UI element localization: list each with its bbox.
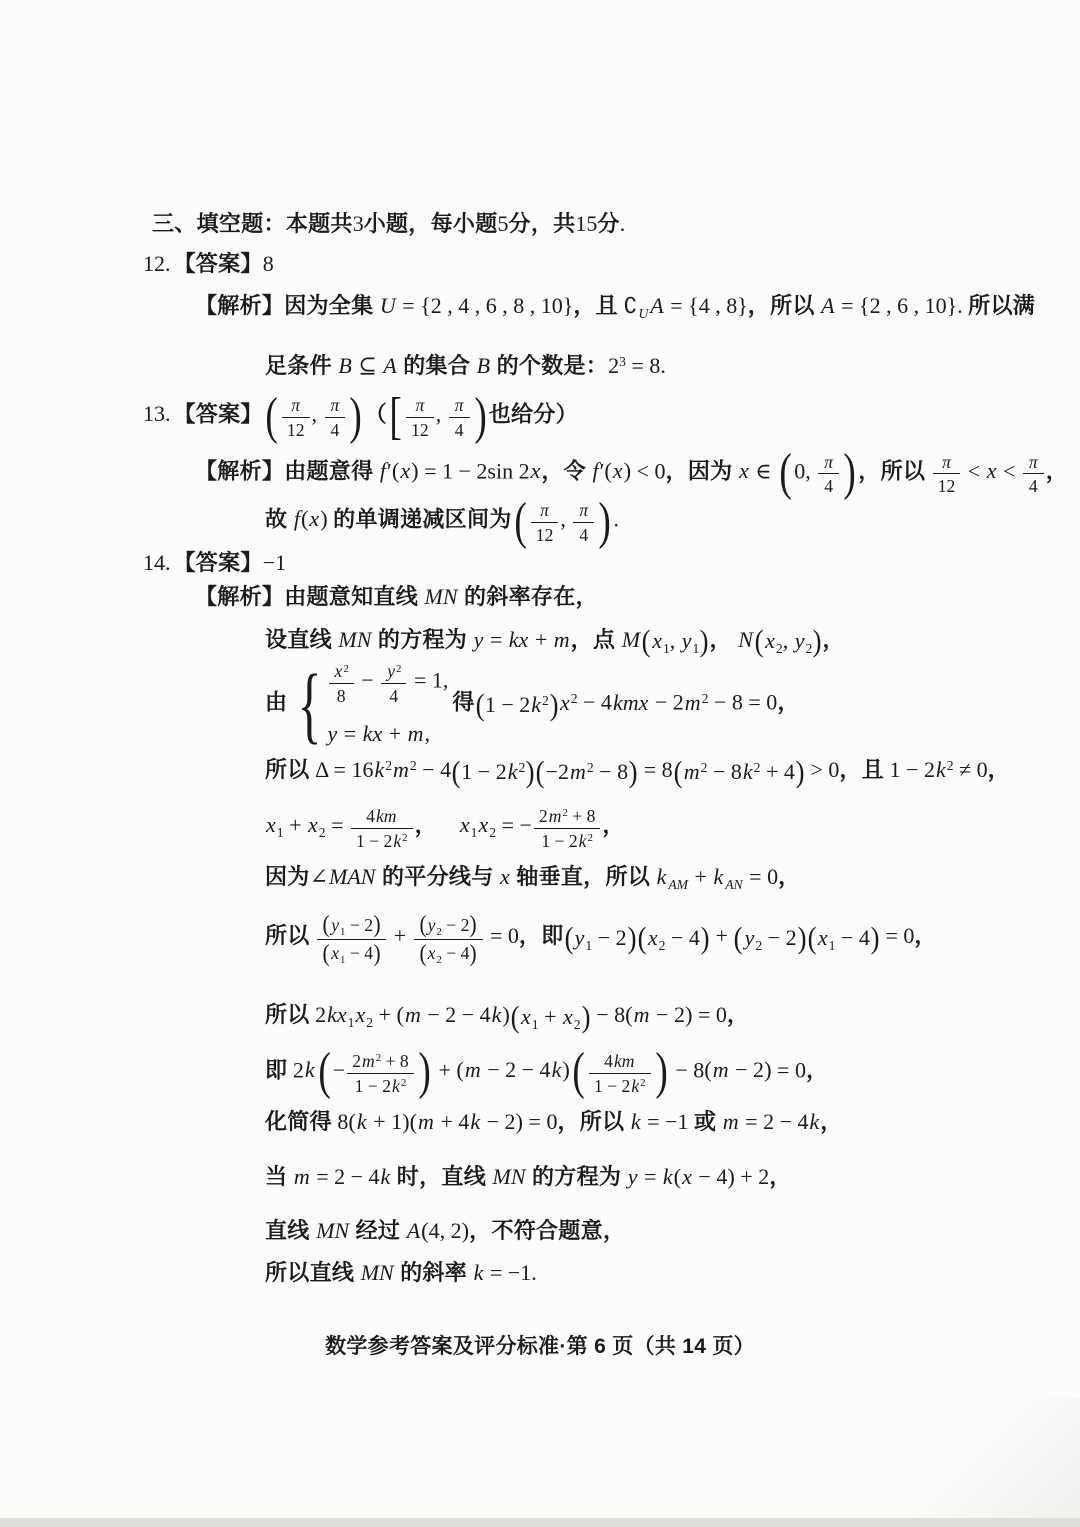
text-run: = 2 − 4 [311,1164,380,1189]
numerator: π [818,449,839,475]
text-run: −1 [263,550,286,575]
text-run: ⊆ [353,353,382,378]
text-run: − 2 − 4 [422,1002,491,1027]
open-bracket: ( [323,942,330,966]
text-run: − [333,1057,345,1082]
bracket-content: m − 2 [633,998,685,1032]
text-run: 2 [319,825,326,840]
math-var: k [656,864,668,889]
q14-analysis-1: 【解析】由题意知直线 MN 的斜率存在， [195,580,1080,614]
close-bracket: ) [795,757,804,787]
denominator: 1 − 2k2 [534,829,601,852]
math-var: kx [362,721,384,746]
math-var: y [386,661,396,681]
math-var: x [681,1164,693,1189]
math-var: x [459,812,471,837]
numerator: π [933,449,961,475]
math-var: M [621,627,641,652]
superscript: 2 [701,760,708,775]
math-var: x [764,628,776,653]
text-run-cn: 时，直线 [397,1164,486,1189]
text-run-cn: 的集合 [403,353,470,378]
text-run-cn: ， [602,812,624,837]
bracket-group: (x) [604,458,631,483]
math-var: π [941,452,952,472]
text-run: = 0 [523,1109,557,1134]
bracket-group: (m + 4k − 2) [410,1109,523,1134]
superscript: 2 [376,1052,381,1064]
bracket-content: x [612,454,624,488]
close-bracket: ) [526,757,535,787]
text-run: 1 − 2 [485,692,530,717]
text-run: ∁ [623,293,637,318]
bracket-content: x − 4 [681,1160,727,1194]
subscript: 1 [471,825,478,840]
page-footer: 数学参考答案及评分标准·第 6 页（共 14 页） [0,1330,1080,1360]
text-run: Δ = 16 [310,757,374,782]
subscript: AM [667,877,689,892]
math-var: x [354,1002,366,1027]
q14-step-reject: 直线 MN 经过 A(4, 2)，不符合题意， [265,1214,1080,1248]
math-var: k [578,831,588,851]
bracket-group: (y2 − 2) [419,913,478,937]
text-run: ∠ [310,864,328,889]
item-label: 【解析】 [195,458,284,483]
math-var: m [684,690,702,715]
bracket-group: (x2, y2) [754,624,822,658]
text-run: = 0 [772,1057,806,1082]
denominator: 12 [406,418,434,441]
text-run: = {2 , 4 , 6 , 8 , 10} [397,293,574,318]
text-run: 3 [353,211,364,236]
text-run: 4 [331,420,340,440]
math-var: k [380,1164,392,1189]
subscript: U [637,306,649,321]
q14-step-vieta: x1 + x2 = 4km1 − 2k2， x1x2 = −2m2 + 81 −… [265,803,1080,852]
bracket-content: y1 − 2 [574,921,627,955]
text-run: − 2 [481,1109,515,1134]
text-run: − 2 [762,925,796,950]
text-run: − 4 [442,943,470,963]
text-run: + [689,864,712,889]
text-run: 2 [539,806,548,826]
superscript: 2 [571,691,578,706]
text-run-cn: 由题意得 [284,458,373,483]
math-var: x [399,458,411,483]
text-run: 2 [659,938,666,953]
math-var: km [613,1051,636,1071]
text-run: 2 [947,758,954,773]
math-var: x [427,943,437,963]
math-var: f [591,458,599,483]
text-run: + [373,1002,396,1027]
math-var: x [334,661,344,681]
text-run: 4 [455,420,464,440]
subscript: 2 [805,641,812,656]
q14-step-simplify: 化简得 8(k + 1)(m + 4k − 2) = 0，所以 k = −1 或… [265,1105,1080,1139]
math-var: k [742,759,754,784]
bracket-content: 4, 2 [429,1214,462,1248]
close-bracket: ) [373,913,380,937]
open-bracket: ( [419,942,426,966]
close-bracket: ) [701,923,710,953]
text-run [354,1260,360,1285]
text-run [287,506,293,531]
math-var: π [539,500,550,520]
text-run: 1 [693,641,700,656]
subscript: AN [724,877,743,892]
text-run: − 8 [594,759,628,784]
text-run-cn: 化简得 [265,1109,332,1134]
text-run-cn: 的斜率存在， [464,584,598,609]
open-bracket: [ [389,396,401,437]
item-label: 【答案】 [174,401,263,426]
bracket-content: x1, y1 [651,624,699,658]
math-var: x [308,506,320,531]
text-run: = [638,1164,661,1189]
subscript: 2 [659,938,666,953]
open-bracket: ( [642,626,651,656]
close-bracket: ) [470,913,477,937]
bracket-content: m − 2 − 4k [404,998,502,1032]
math-var: y [330,915,340,935]
text-run: 2 [436,926,441,938]
text-run: 2 [518,760,525,775]
item-number: 13. [143,401,171,426]
text-run: > 0 [805,757,839,782]
math-var: m [712,1057,730,1082]
text-run-cn: 足条件 [265,353,332,378]
text-run: 2 [587,760,594,775]
text-run: − 2 − 4 [482,1057,551,1082]
text-run-cn: ， [777,690,799,715]
bracket-group: [π12, π4) [387,392,489,441]
text-run [467,627,473,652]
text-run: 1 [340,954,345,966]
subscript: 2 [436,926,441,938]
superscript: 2 [402,832,407,844]
math-var: y [473,627,485,652]
bracket-group: (y2 − 2) [733,921,806,955]
text-run-cn: 即 [265,1057,287,1082]
subscript: 1 [277,825,284,840]
bracket-group: (x2 − 4) [637,921,710,955]
text-run-cn: ， [806,1057,828,1082]
math-var: N [737,627,754,652]
item-number: 12. [143,251,171,276]
close-bracket: ) [373,942,380,966]
q14-step-system: 由{x28 − y24 = 1,y = kx + m,得(1 − 2k2)x2 … [265,658,1080,751]
math-var: MN [315,1218,350,1243]
subscript: 2 [436,954,441,966]
text-run: 2 [436,954,441,966]
fraction: π12 [933,449,961,498]
text-run: = 2 − 4 [740,1109,809,1134]
text-run: = [326,812,349,837]
bracket-content: y2 − 2 [427,915,470,936]
text-run: 8 [337,686,346,706]
subscript: 2 [776,641,783,656]
math-var: x [265,812,277,837]
numerator: π [449,392,470,418]
bracket-content: 1 − 2k2 [485,688,549,722]
denominator: 4 [449,418,470,441]
bracket-group: (m2 − 8k2 + 4) [673,755,805,789]
text-run [310,923,316,948]
text-run: − [356,668,379,693]
text-run: 5 [498,211,509,236]
math-var: π [578,500,589,520]
text-run: 1 [340,926,345,938]
text-run: , [670,628,681,653]
text-run: 2 [754,760,761,775]
text-run: 2 [310,1002,327,1027]
text-run: = 8. [626,353,666,378]
denominator: 1 − 2k2 [347,1074,414,1097]
text-run: 1 − 2 [594,1076,630,1096]
text-run-cn: ，所以 [748,293,815,318]
text-run: + [388,923,411,948]
bracket-group: (y1 − 2) [322,913,381,937]
denominator: 4 [818,474,839,497]
text-run: − 2 [730,1057,764,1082]
text-run-cn: 所以满 [968,293,1035,318]
text-run: , [425,721,431,746]
bracket-content: x2, y2 [764,624,812,658]
open-bracket: ( [323,913,330,937]
fraction: π4 [1023,449,1044,498]
text-run: 12 [938,476,956,496]
open-bracket: ( [452,757,461,787]
math-var: U [637,306,649,321]
text-run: − 4 [578,690,612,715]
superscript: 2 [396,663,401,675]
text-run: 1 [585,938,592,953]
math-var: m [683,759,701,784]
subscript: 1 [663,641,670,656]
text-run: 1 − 2 [355,1076,391,1096]
open-bracket: ( [673,757,682,787]
math-var: B [476,353,491,378]
close-bracket: ) [629,757,638,787]
text-run: . [613,506,619,531]
text-run: 2 [587,832,592,844]
bracket-content: x1 + x2 [520,1000,581,1034]
text-run: = [484,627,507,652]
text-run-cn: ，且 [573,293,618,318]
text-run: = −1. [484,1260,536,1285]
math-var: π [823,452,834,472]
bracket-group: (π12, π4) [512,497,614,546]
open-bracket: ( [396,1002,403,1027]
bracket-content: 1 − 2k2 [461,755,525,789]
math-var: k [507,759,519,784]
bracket-group: (m − 2) [704,1057,771,1082]
text-run: + [284,812,307,837]
text-run: 2 [402,832,407,844]
bracket-group: (m − 2 − 4k) [396,1002,509,1027]
text-run: 2 [287,1057,304,1082]
subscript: 1 [532,1017,539,1032]
open-bracket: ( [421,1218,428,1243]
fraction: π12 [406,392,434,441]
superscript: 2 [702,691,709,706]
open-bracket: ( [475,690,484,720]
bracket-group: (x − 4) [674,1164,735,1189]
text-run: , [312,401,323,426]
text-run: 2 [366,1015,373,1030]
close-bracket: ) [516,1109,523,1134]
text-run: = − [496,812,532,837]
denominator: (x1 − 4) [317,940,386,966]
text-run [467,1260,473,1285]
text-run-cn: 三、填空题：本题共 [152,211,353,236]
fraction: 2m2 + 81 − 2k2 [534,803,601,852]
text-run: 2 [571,691,578,706]
text-run [400,1218,406,1243]
math-var: x [530,458,542,483]
superscript: 2 [343,663,348,675]
text-run [470,353,476,378]
text-run [621,1164,627,1189]
open-bracket: ( [265,396,277,437]
open-bracket: ( [318,1051,330,1092]
text-run: , [436,401,447,426]
text-run: , [560,506,571,531]
math-var: y [681,628,693,653]
text-run: − 2 [592,925,626,950]
numerator: π [573,497,594,523]
text-run: 4 [824,476,833,496]
text-run: < 0 [631,458,665,483]
math-var: AN [724,877,743,892]
close-bracket: ) [549,690,558,720]
q14-step-bisector: 因为∠MAN 的平分线与 x 轴垂直，所以 kAM + kAN = 0， [265,860,1080,894]
text-run: = {4 , 8} [665,293,748,318]
text-run-cn: ， [820,1109,842,1134]
text-run: −2 [546,759,569,784]
item-number: 14. [143,550,171,575]
text-run: 2 [410,758,417,773]
bracket-content: x2 − 4 [427,943,470,964]
text-run: − 8 [591,1002,625,1027]
q14-step-setup: 设直线 MN 的方程为 y = kx + m，点 M(x1, y1)， N(x2… [265,623,1080,659]
fraction: 4km1 − 2k2 [589,1048,651,1097]
open-bracket: ( [604,458,611,483]
denominator: 8 [329,684,354,707]
bracket-content: 4km1 − 2k2 [587,1048,653,1097]
subscript: 1 [829,938,836,953]
open-bracket: ( [755,626,764,656]
text-run: 1 [277,825,284,840]
math-var: k [808,1109,820,1134]
open-bracket: ( [419,913,426,937]
text-run: = [338,721,361,746]
close-bracket: ) [700,626,709,656]
subscript: 2 [319,825,326,840]
superscript: 2 [410,758,417,773]
superscript: 3 [619,354,626,369]
text-run-cn: 当 [265,1164,287,1189]
math-var: m [722,1109,740,1134]
text-run: = 0 [692,1002,726,1027]
bracket-group: (−2m2 − 8) [535,755,638,789]
text-run: = {2 , 6 , 10}. [836,293,969,318]
bracket-content: k + 1 [356,1105,402,1139]
text-run-cn: 的斜率 [400,1260,467,1285]
math-var: k [373,757,385,782]
text-run: 2 [352,1051,361,1071]
denominator: 4 [381,684,406,707]
text-run: 2 [401,1077,406,1089]
bracket-content: π12, π4 [529,497,596,546]
fraction: (y2 − 2)(x2 − 4) [414,910,483,966]
math-var: x [477,812,489,837]
open-bracket: ( [564,923,573,953]
math-var: kx [508,627,530,652]
text-run: + 1 [368,1109,402,1134]
math-var: x [647,925,659,950]
q12-analysis-2: 足条件 B ⊆ A 的集合 B 的个数是：23 = 8. [265,349,1080,383]
open-bracket: ( [456,1057,463,1082]
subscript: 1 [585,938,592,953]
text-run-cn: 的个数是： [497,353,609,378]
math-var: k [304,1057,316,1082]
text-run: = 0 [485,923,519,948]
bracket-content: x1 − 4 [817,921,870,955]
text-run: 2 [640,1077,645,1089]
math-var: m [548,806,563,826]
math-var: kmx [612,690,649,715]
item-label: 【解析】 [195,293,284,318]
text-run: − 8 [707,759,741,784]
bracket-group: (x1 + x2) [510,1000,591,1034]
text-run-cn: ，点 [571,627,616,652]
math-var: f [293,506,301,531]
math-var: k [530,692,542,717]
text-run: − 4 [665,925,699,950]
q14-step-substitute: 即 2k(−2m2 + 81 − 2k2) + (m − 2 − 4k)(4km… [265,1048,1080,1097]
bracket-group: (−2m2 + 81 − 2k2) [316,1048,433,1097]
text-run: 1 − 2 [461,759,506,784]
text-run-cn: 所以 [265,757,310,782]
math-var: A [649,293,664,318]
fraction: π12 [282,392,310,441]
math-var: k [935,757,947,782]
close-bracket: ) [655,1051,667,1092]
math-var: x [738,458,750,483]
text-run: 2 [608,353,619,378]
superscript: 2 [542,693,549,708]
fraction: π4 [573,497,594,546]
text-run-cn: ，因为 [666,458,733,483]
math-var: y [744,925,756,950]
math-var: m [633,1002,651,1027]
open-bracket: ( [348,1109,355,1134]
text-run [486,1164,492,1189]
text-run-cn: 所以 [265,923,310,948]
text-run: 1 [348,1015,355,1030]
subscript: 2 [489,825,496,840]
text-run: 3 [619,354,626,369]
bracket-content: y1 − 2 [330,915,373,936]
bracket-group: (m − 2) [625,1002,692,1027]
text-run: = 0 [744,864,778,889]
math-var: B [337,353,352,378]
text-run: 2 [562,807,567,819]
math-var: U [379,293,397,318]
math-var: k [712,864,724,889]
